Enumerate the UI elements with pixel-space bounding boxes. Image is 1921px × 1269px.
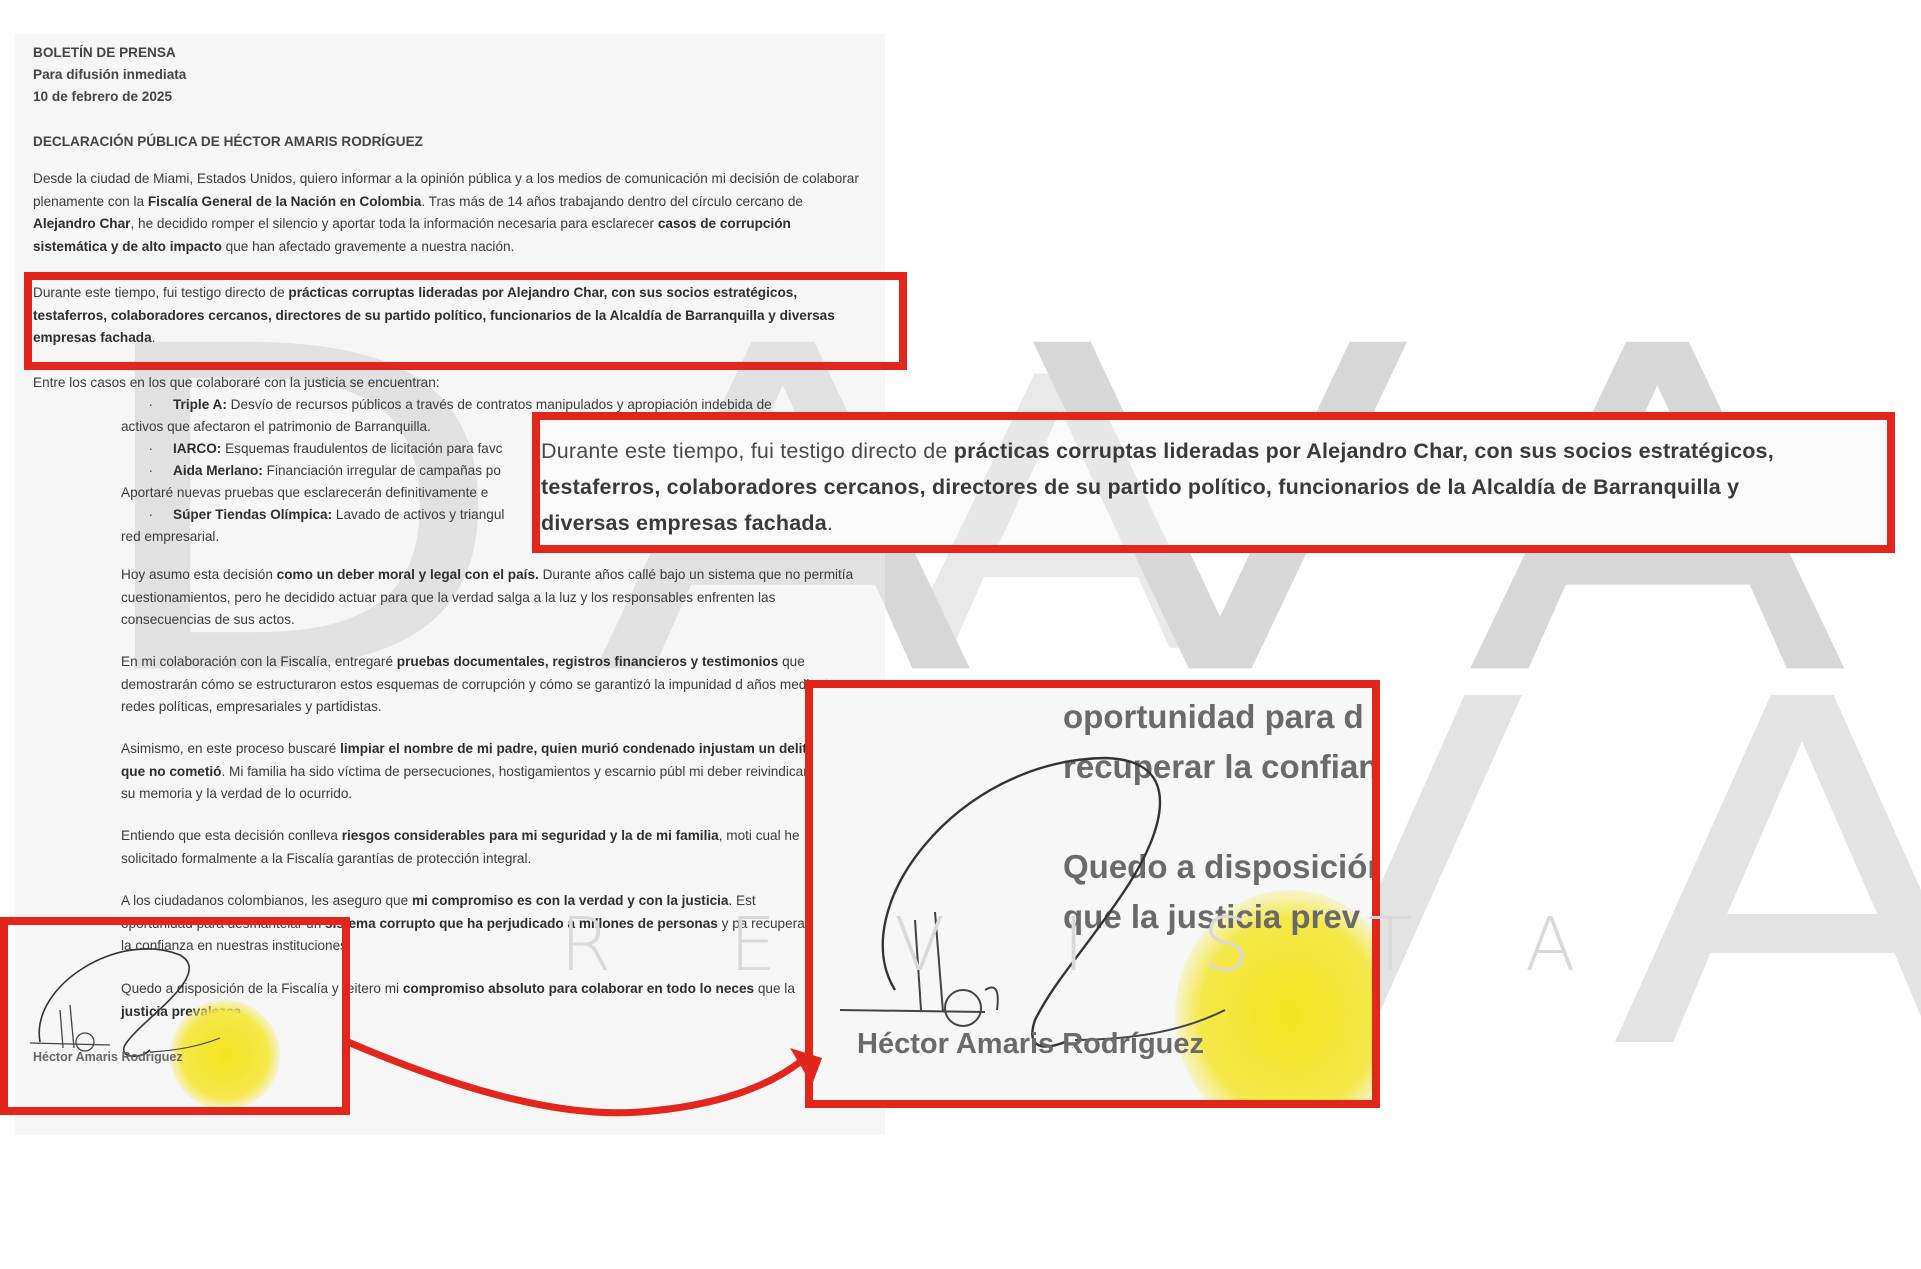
connector-arrow-icon [0, 0, 1921, 1269]
